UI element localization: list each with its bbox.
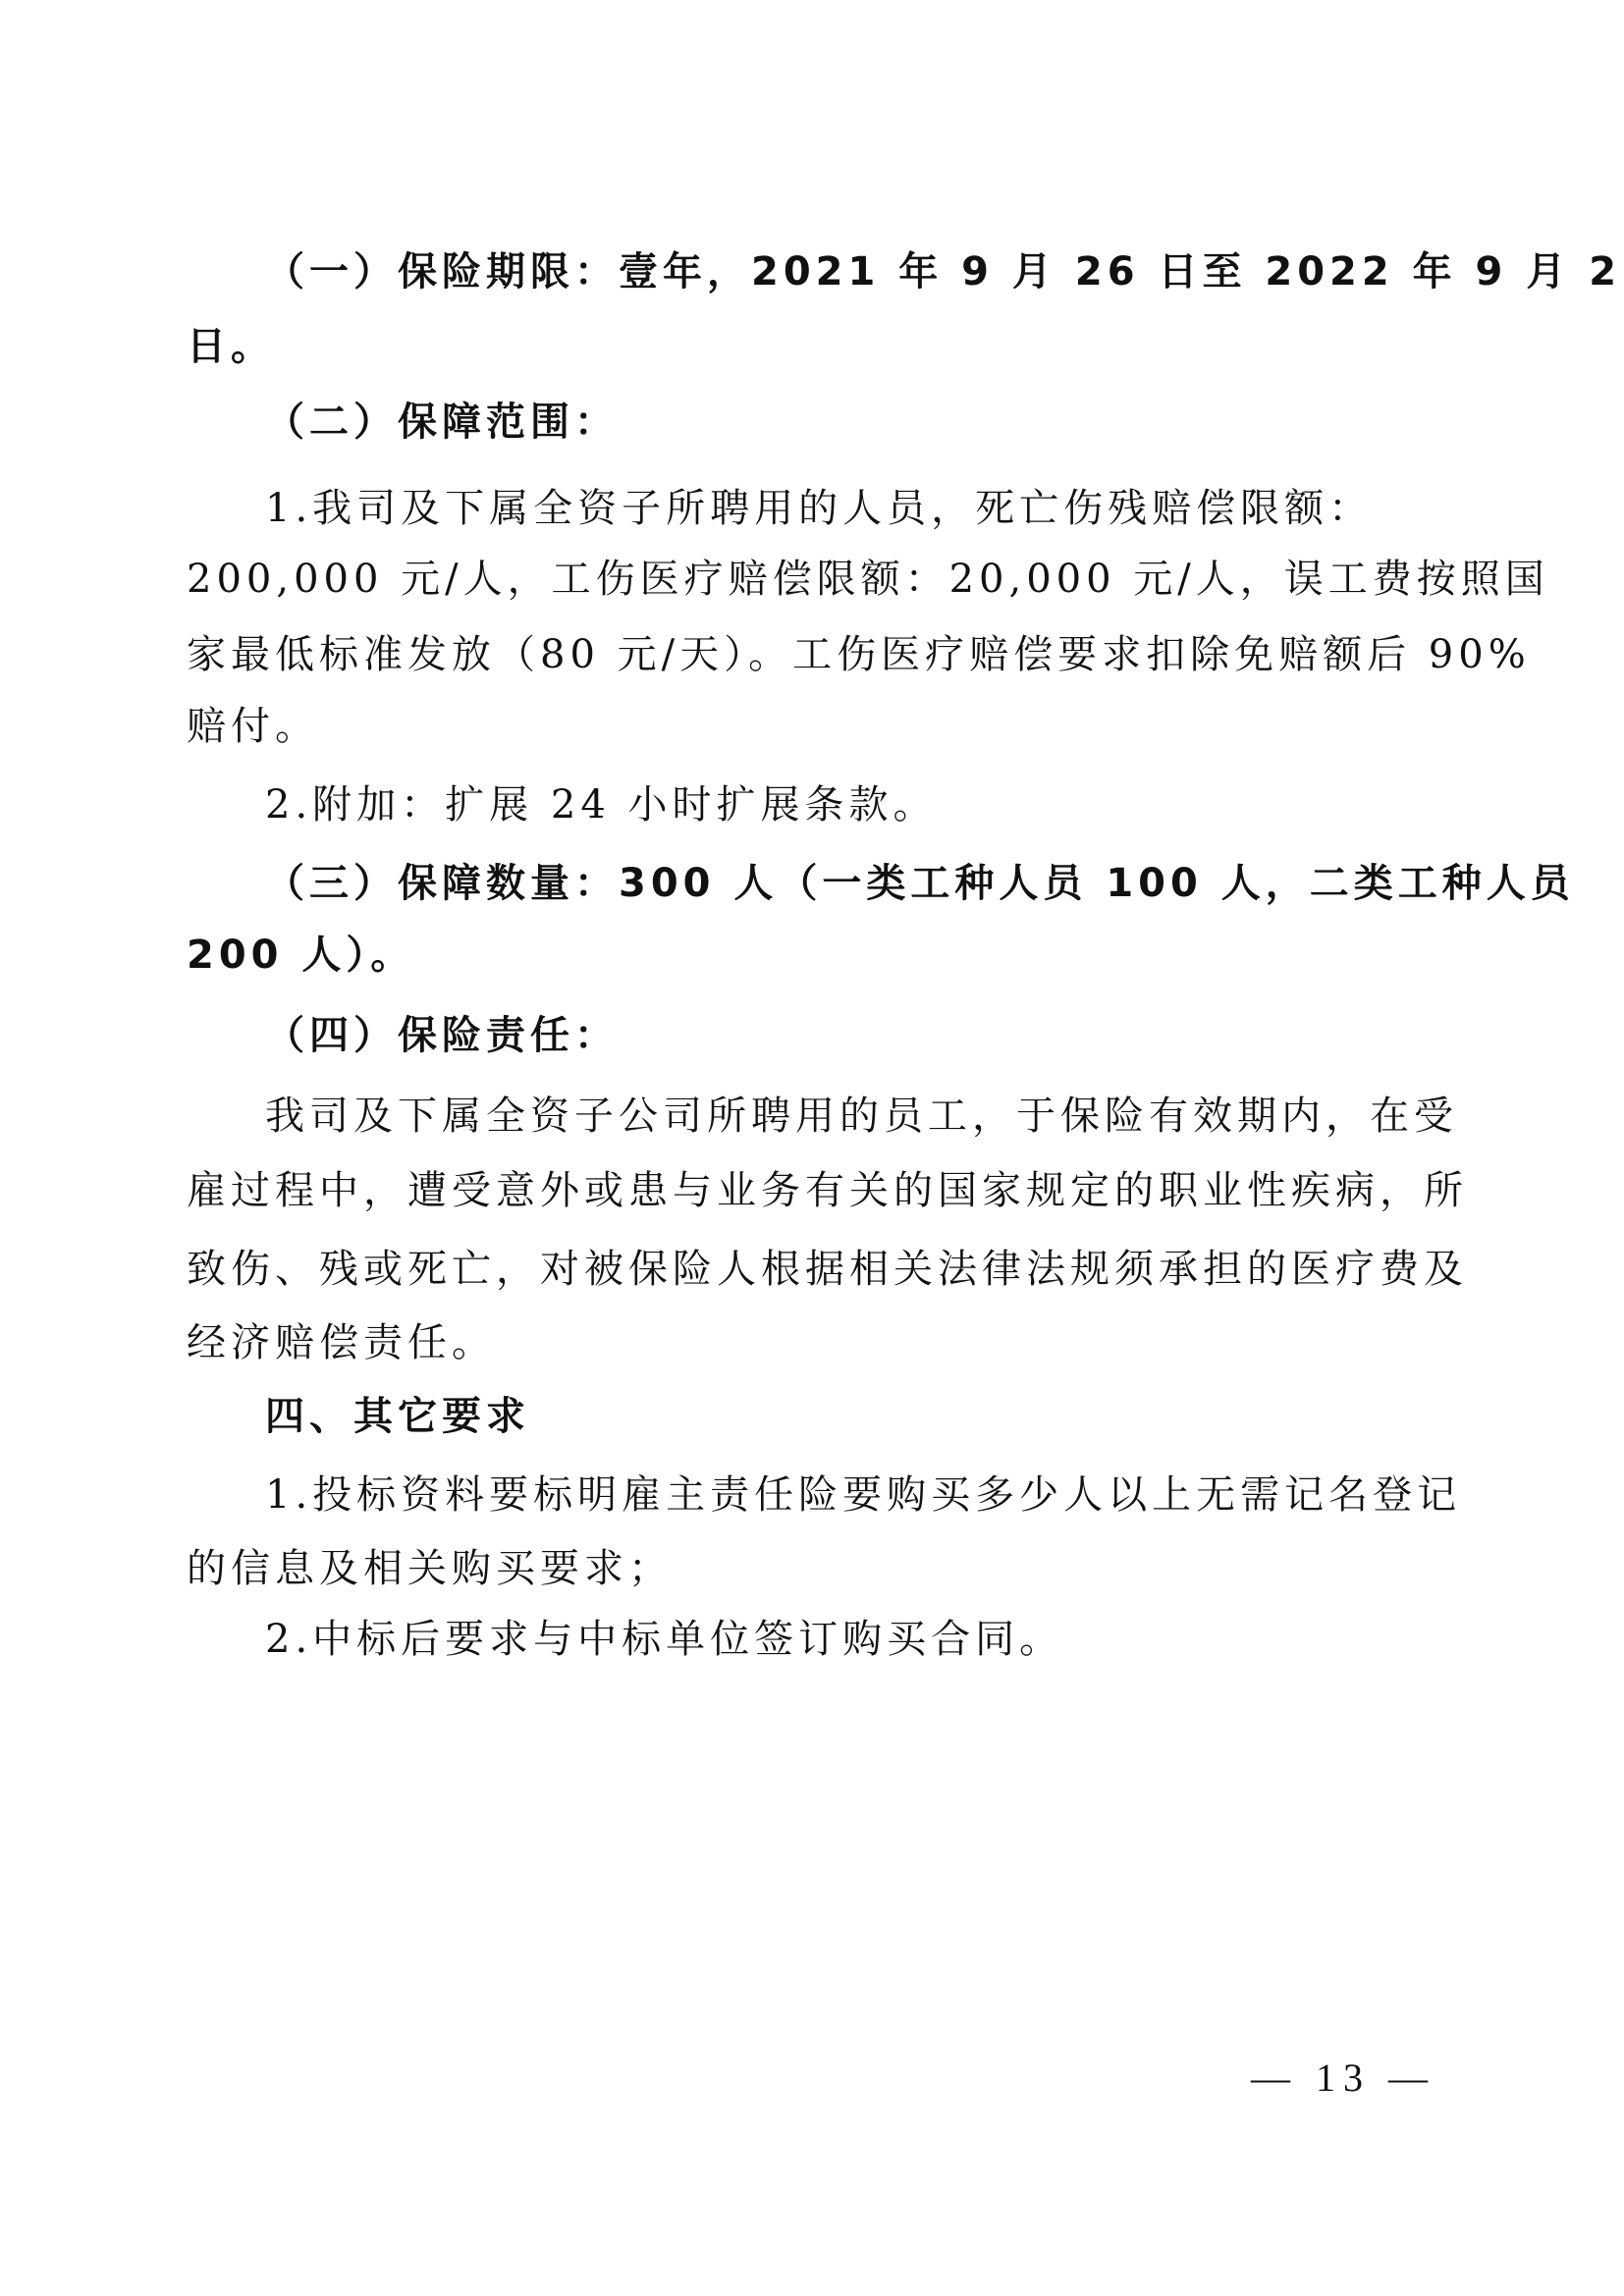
insurance-liability-heading: （四）保险责任： (265, 1006, 1453, 1065)
other-requirements-item-1-line-2: 的信息及相关购买要求； (187, 1539, 1453, 1598)
coverage-scope-item-1-line-1: 1.我司及下属全资子所聘用的人员，死亡伤残赔偿限额： (265, 479, 1453, 538)
coverage-scope-item-1-line-2: 200,000 元/人，工伤医疗赔偿限额：20,000 元/人，误工费按照国 (187, 550, 1453, 609)
coverage-scope-item-1-line-3: 家最低标准发放（80 元/天）。工伤医疗赔偿要求扣除免赔额后 90% (187, 625, 1453, 684)
document-page: （一）保险期限：壹年，2021 年 9 月 26 日至 2022 年 9 月 2… (0, 0, 1624, 2296)
page-number: — 13 — (1245, 2054, 1441, 2103)
coverage-scope-heading: （二）保障范围： (265, 393, 1453, 452)
coverage-scope-item-1-line-4: 赔付。 (187, 697, 1453, 756)
insurance-liability-line-4: 经济赔偿责任。 (187, 1313, 1453, 1372)
insurance-liability-line-2: 雇过程中，遭受意外或患与业务有关的国家规定的职业性疾病，所 (187, 1161, 1453, 1220)
other-requirements-item-2: 2.中标后要求与中标单位签订购买合同。 (265, 1610, 1453, 1669)
insurance-liability-line-1: 我司及下属全资子公司所聘用的员工，于保险有效期内，在受 (265, 1087, 1453, 1146)
insurance-period-line-1: （一）保险期限：壹年，2021 年 9 月 26 日至 2022 年 9 月 2… (265, 242, 1453, 301)
other-requirements-item-1-line-1: 1.投标资料要标明雇主责任险要购买多少人以上无需记名登记 (265, 1466, 1453, 1524)
insurance-period-line-2: 日。 (187, 317, 1453, 376)
coverage-quantity-line-2: 200 人）。 (187, 926, 1453, 985)
insurance-liability-line-3: 致伤、残或死亡，对被保险人根据相关法律法规须承担的医疗费及 (187, 1240, 1453, 1299)
coverage-scope-item-2: 2.附加：扩展 24 小时扩展条款。 (265, 775, 1453, 834)
other-requirements-heading: 四、其它要求 (265, 1387, 1453, 1446)
coverage-quantity-line-1: （三）保障数量：300 人（一类工种人员 100 人，二类工种人员 (265, 854, 1453, 913)
